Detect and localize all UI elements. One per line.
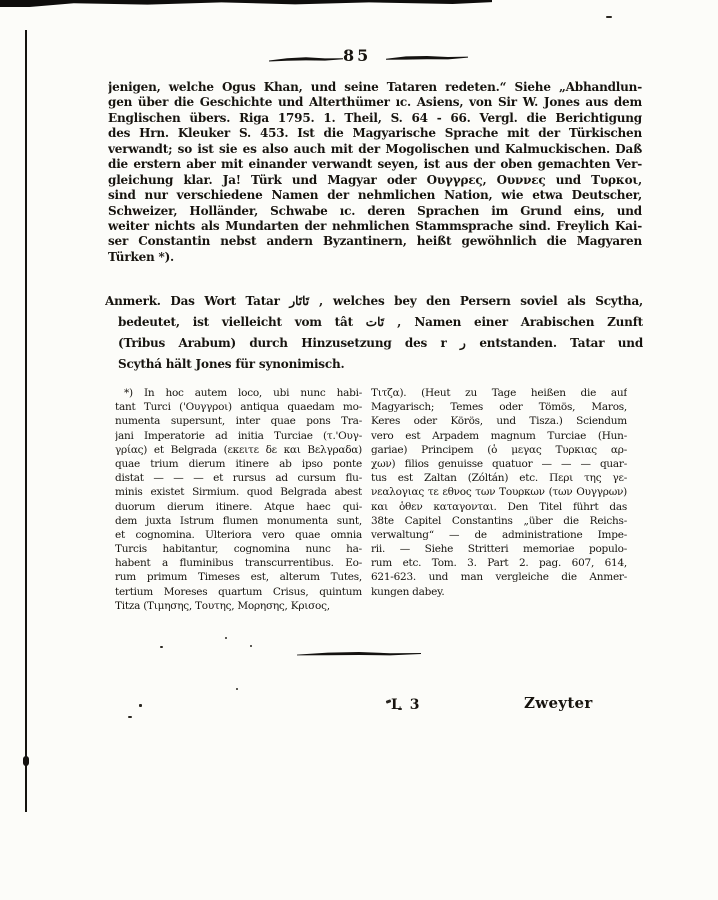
text-line: numenta supersunt, inter quae pons Tra- <box>115 414 362 428</box>
text-line: Türken *). <box>108 250 642 265</box>
text-line: tant Turci ('Ουγγροι) antiqua quaedam mo… <box>115 400 362 414</box>
text-line: sind nur verschiedene Namen der nehmlich… <box>108 188 642 203</box>
text-line: γρίας) et Belgrada (εκειτε δε και Βελγρα… <box>115 443 362 457</box>
swelled-rule-left-icon <box>269 56 343 62</box>
text-line: 621-623. und man vergleiche die Anmer- <box>371 570 627 584</box>
text-line: rii. — Siehe Stritteri memoriae populo- <box>371 542 627 556</box>
running-head: 85 <box>0 44 718 70</box>
text-line: dem juxta Istrum flumen monumenta sunt, <box>115 514 362 528</box>
signature-mark: L 3 <box>391 697 421 713</box>
text-line: minis existet Sirmium. quod Belgrada abe… <box>115 485 362 499</box>
scan-edge-top <box>0 0 492 7</box>
text-line: verwaltung“ — de administratione Impe- <box>371 528 627 542</box>
text-line: bedeutet, ist vielleicht vom tât تَات , … <box>105 312 643 333</box>
text-line: weiter nichts als Mundarten der nehmlich… <box>108 219 642 234</box>
annotation-paragraph: Anmerk. Das Wort Tatar تَاتَار , welches… <box>105 291 643 375</box>
text-line: και ὁθεν καταγονται. Den Titel führt das <box>371 500 627 514</box>
text-line: jenigen, welche Ogus Khan, und seine Tat… <box>108 80 642 95</box>
ink-speck <box>139 704 142 707</box>
text-line: distat — — — et rursus ad cursum flu- <box>115 471 362 485</box>
text-line: et cognomina. Ulteriora vero quae omnia <box>115 528 362 542</box>
scan-edge-blob <box>23 756 29 766</box>
ink-speck <box>225 637 227 639</box>
ink-speck <box>160 646 163 648</box>
text-line: Keres oder Körös, und Tisza.) Sciendum <box>371 414 627 428</box>
text-line: Titza (Τιμησης, Τουτης, Μορησης, Κρισος, <box>115 599 362 613</box>
text-line: kungen dabey. <box>371 585 627 599</box>
ink-speck <box>606 16 612 18</box>
text-line: *) In hoc autem loco, ubi nunc habi- <box>115 386 362 400</box>
text-line: habent a fluminibus transcurrentibus. Eo… <box>115 556 362 570</box>
text-line: ser Constantin nebst andern Byzantinern,… <box>108 234 642 249</box>
text-line: (Tribus Arabum) durch Hinzusetzung des r… <box>105 333 643 354</box>
text-line: Anmerk. Das Wort Tatar تَاتَار , welches… <box>105 291 643 312</box>
text-line: jani Imperatorie ad initia Turciae (τ.'Ο… <box>115 429 362 443</box>
ink-speck <box>128 716 132 718</box>
text-line: Schweizer, Holländer, Schwabe ıc. deren … <box>108 204 642 219</box>
text-line: des Hrn. Kleuker S. 453. Ist die Magyari… <box>108 126 642 141</box>
text-line: rum etc. Tom. 3. Part 2. pag. 607, 614, <box>371 556 627 570</box>
text-line: gariae) Principem (ὁ μεγας Τυρκιας αρ- <box>371 443 627 457</box>
text-line: die erstern aber mit einander verwandt s… <box>108 157 642 172</box>
text-line: χων) filios genuisse quatuor — — — quar- <box>371 457 627 471</box>
scan-edge-left <box>25 30 27 812</box>
text-line: gen über die Geschichte und Alterthümer … <box>108 95 642 110</box>
text-line: rum primum Timeses est, alterum Tutes, <box>115 570 362 584</box>
text-line: Scythá hält Jones für synonimisch. <box>105 354 643 375</box>
page-number: 85 <box>343 46 371 65</box>
text-line: vero est Arpadem magnum Turciae (Hun- <box>371 429 627 443</box>
text-line: duorum dierum itinere. Atque haec qui- <box>115 500 362 514</box>
ink-speck <box>236 688 238 690</box>
text-line: νεαλογιας τε εθνος των Τουρκων (των Ουγγ… <box>371 485 627 499</box>
swelled-rule-right-icon <box>386 55 468 61</box>
text-line: tus est Zaltan (Zóltán) etc. Περι της γε… <box>371 471 627 485</box>
text-line: 38te Capitel Constantins „über die Reich… <box>371 514 627 528</box>
text-line: Turcis habitantur, cognomina nunc ha- <box>115 542 362 556</box>
footnote-left-column: *) In hoc autem loco, ubi nunc habi-tant… <box>115 386 362 613</box>
text-line: Englischen übers. Riga 1795. 1. Theil, S… <box>108 111 642 126</box>
catchword: Zweyter <box>524 694 593 712</box>
ink-speck <box>250 645 252 647</box>
main-paragraph: jenigen, welche Ogus Khan, und seine Tat… <box>108 80 642 265</box>
scanned-book-page: 85 jenigen, welche Ogus Khan, und seine … <box>0 0 718 900</box>
text-line: Τιτζα). (Heut zu Tage heißen die auf <box>371 386 627 400</box>
text-line: tertium Moreses quartum Crisus, quintum <box>115 585 362 599</box>
text-line: quae trium dierum itinere ab ipso ponte <box>115 457 362 471</box>
swelled-rule-bottom-icon <box>297 651 421 657</box>
footnote-right-column: Τιτζα). (Heut zu Tage heißen die aufMagy… <box>371 386 627 599</box>
text-line: Magyarisch; Temes oder Tömös, Maros, <box>371 400 627 414</box>
text-line: gleichung klar. Ja! Türk und Magyar oder… <box>108 173 642 188</box>
text-line: verwandt; so ist sie es also auch mit de… <box>108 142 642 157</box>
